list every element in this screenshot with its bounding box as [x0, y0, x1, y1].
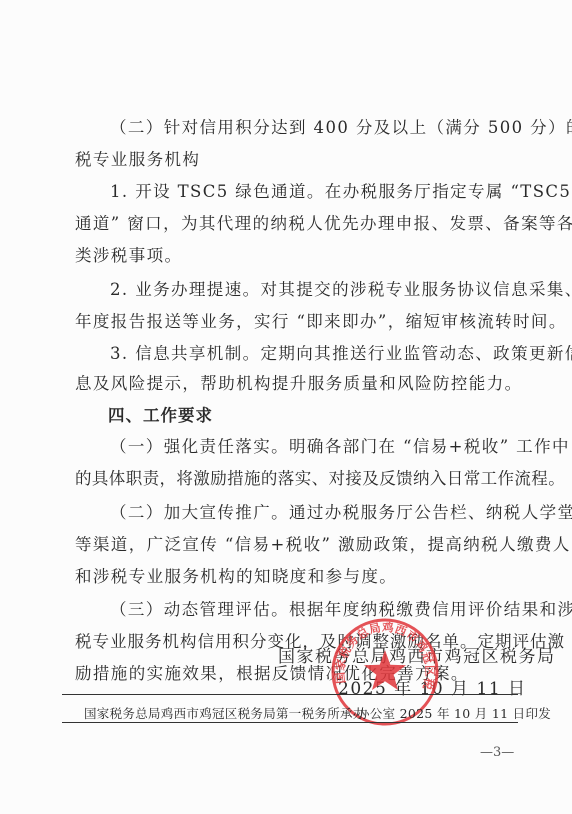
paragraph-line: 年度报告报送等业务，实行 “即来即办”，缩短审核流转时间。 — [75, 312, 515, 332]
section-heading: 四、工作要求 — [108, 406, 548, 426]
paragraph-line: （一）强化责任落实。明确各部门在 “信易+税收” 工作中 — [110, 437, 515, 457]
page-number: —3— — [480, 745, 514, 760]
paragraph-line: 通道” 窗口，为其代理的纳税人优先办理申报、发票、备案等各 — [75, 214, 515, 234]
paragraph-line: 的具体职责，将激励措施的落实、对接及反馈纳入日常工作流程。 — [75, 469, 515, 489]
paragraph-line: 和涉税专业服务机构的知晓度和参与度。 — [75, 567, 515, 587]
paragraph-line: 3. 信息共享机制。定期向其推送行业监管动态、政策更新信 — [110, 344, 515, 364]
paragraph-line: 1. 开设 TSC5 绿色通道。在办税服务厅指定专属 “TSC5 绿色 — [110, 182, 515, 202]
signature-organization: 国家税务总局鸡西市鸡冠区税务局 — [278, 642, 556, 667]
paragraph-line: 息及风险提示，帮助机构提升服务质量和风险防控能力。 — [75, 374, 515, 394]
paragraph-line: 税专业服务机构 — [75, 150, 515, 170]
footer-undertaker: 国家税务总局鸡西市鸡冠区税务局第一税务所承办 — [84, 704, 366, 722]
paragraph-line: 等渠道，广泛宣传 “信易+税收” 激励政策，提高纳税人缴费人 — [75, 535, 515, 555]
footer-top-rule — [62, 694, 518, 695]
paragraph-line: （二）针对信用积分达到 400 分及以上（满分 500 分）的涉 — [110, 118, 515, 138]
paragraph-line: （三）动态管理评估。根据年度纳税缴费信用评价结果和涉 — [110, 600, 515, 620]
footer-issued: 办公室 2025 年 10 月 11 日印发 — [357, 704, 551, 722]
footer-bottom-rule — [62, 722, 518, 723]
paragraph-line: 2. 业务办理提速。对其提交的涉税专业服务协议信息采集、 — [110, 280, 515, 300]
signature-date: 2025 年 10 月 11 日 — [338, 674, 527, 699]
paragraph-line: 类涉税事项。 — [75, 246, 515, 266]
paragraph-line: （二）加大宣传推广。通过办税服务厅公告栏、纳税人学堂 — [110, 503, 515, 523]
